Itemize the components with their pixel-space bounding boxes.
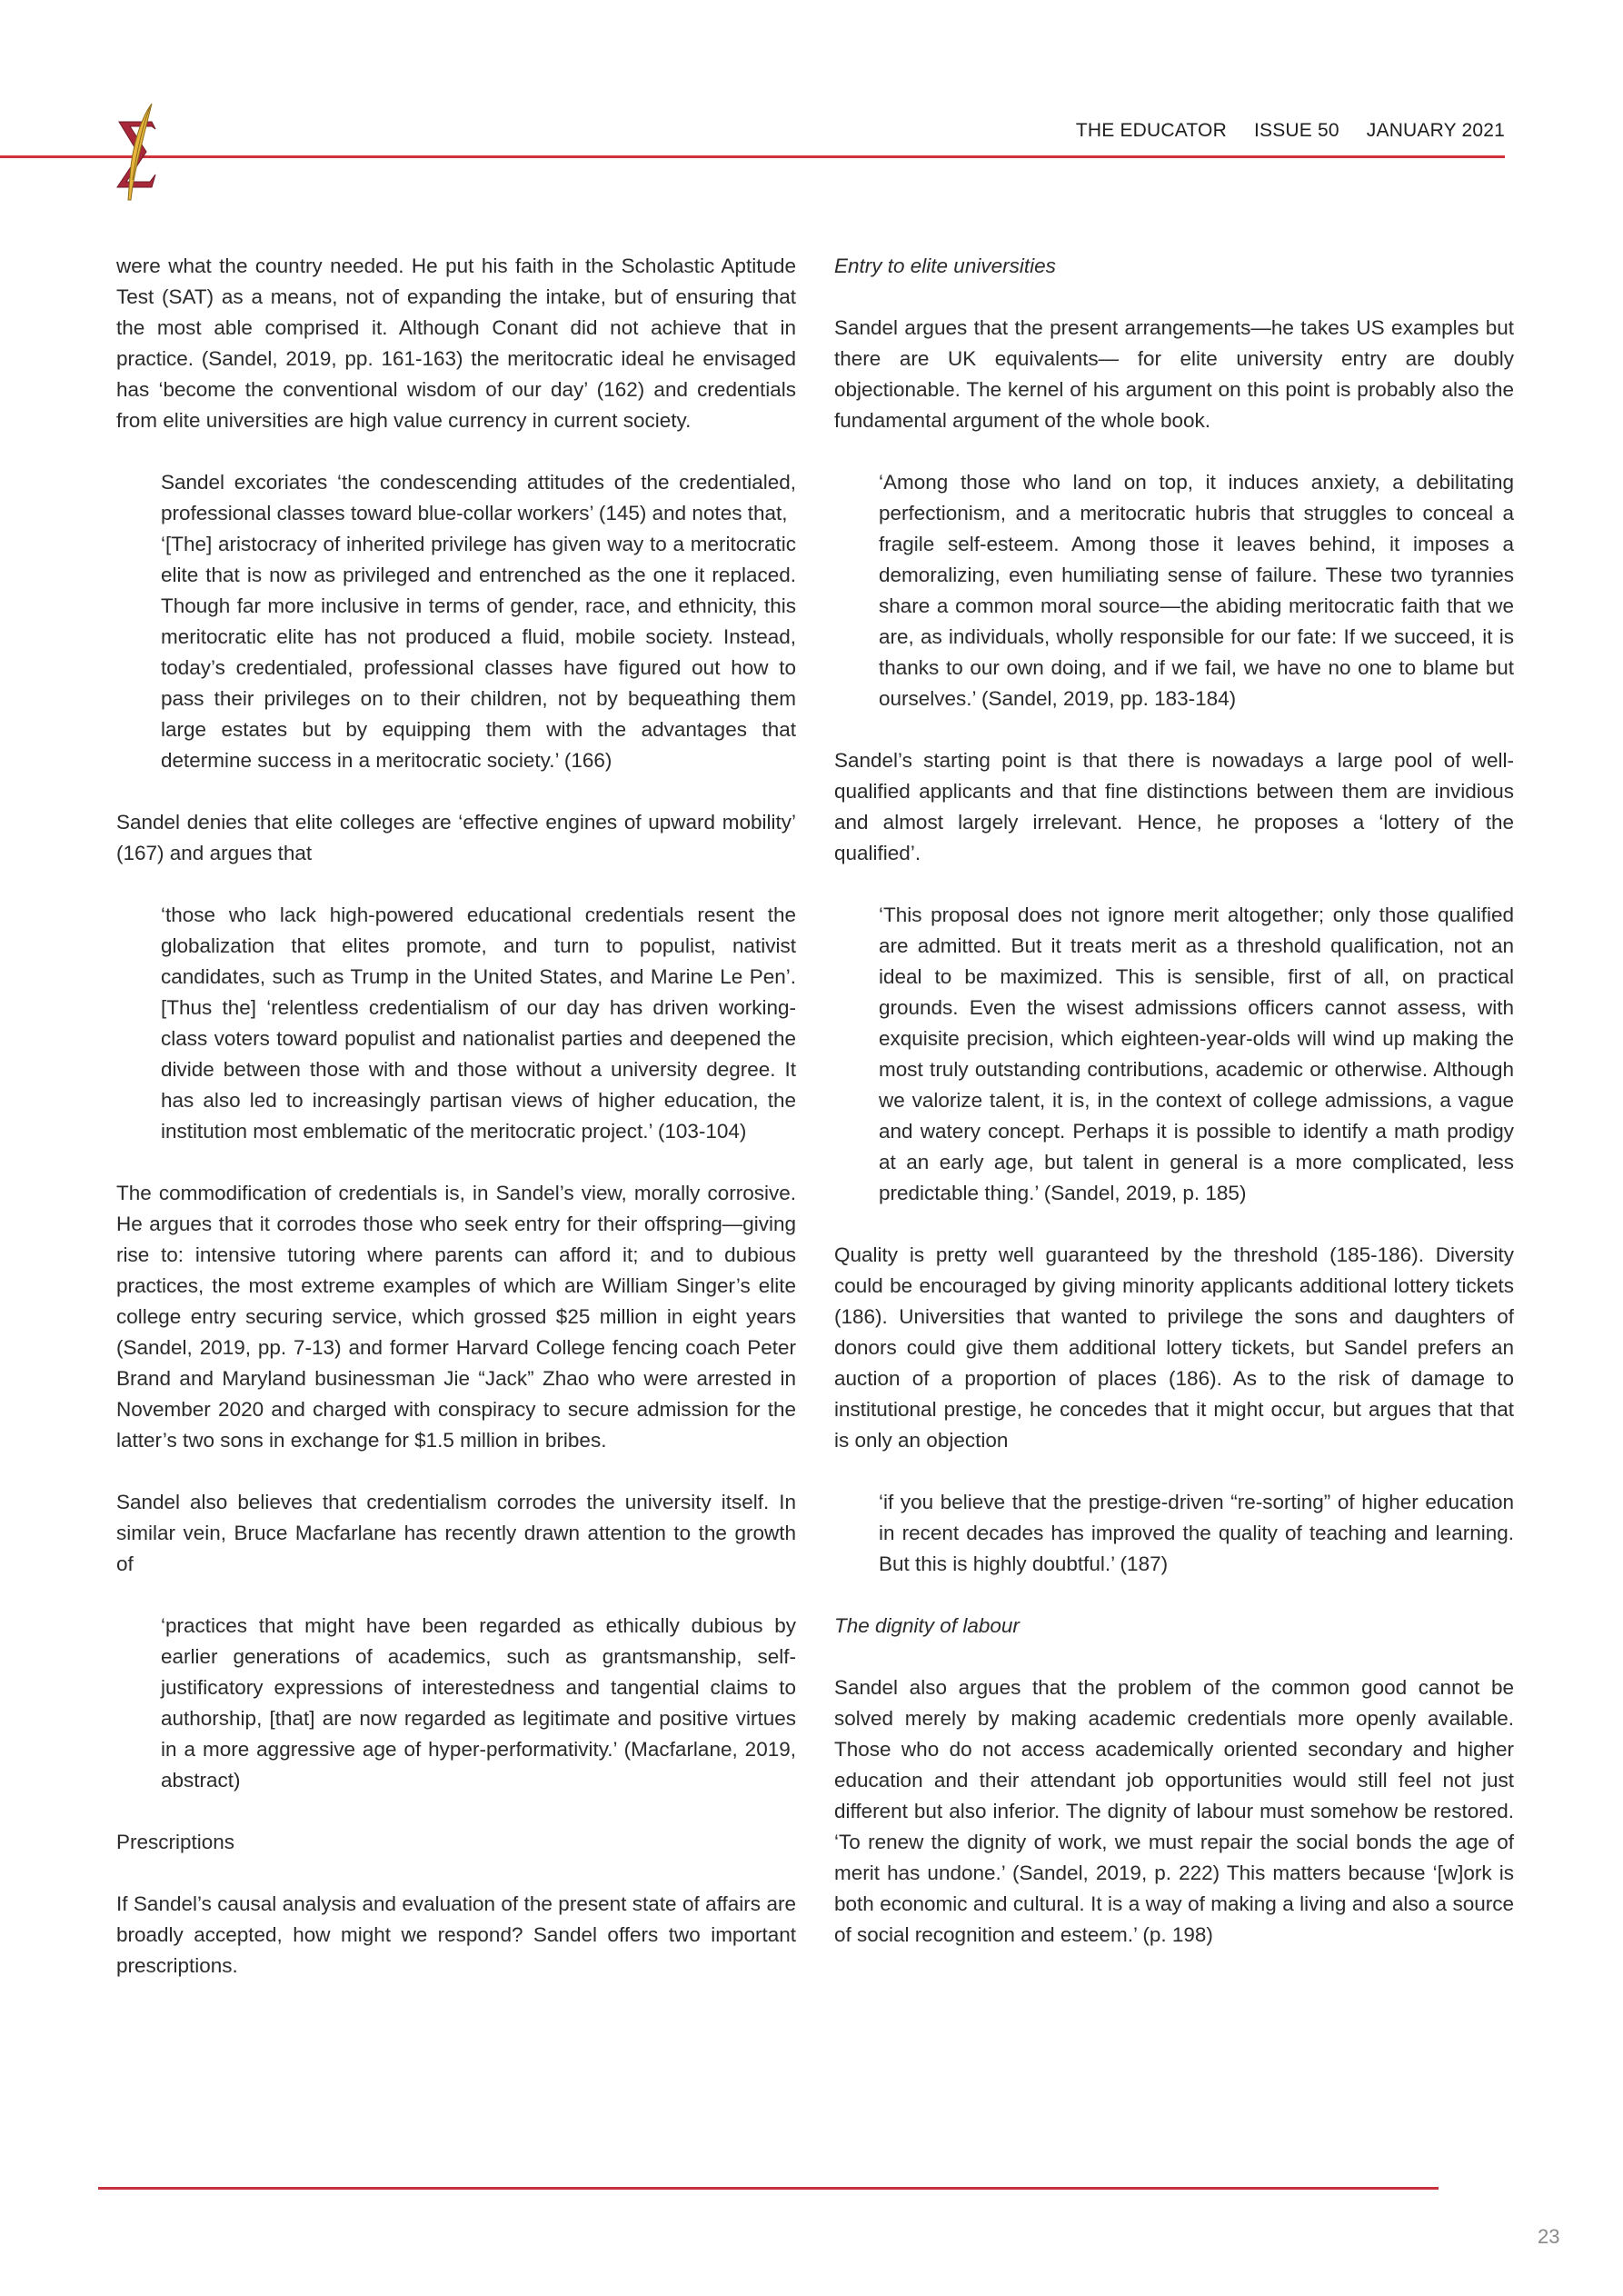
block-quote: ‘Among those who land on top, it induces… bbox=[879, 467, 1514, 714]
body-paragraph: Sandel denies that elite colleges are ‘e… bbox=[116, 807, 796, 869]
section-heading-entry: Entry to elite universities bbox=[834, 251, 1514, 282]
section-heading-prescriptions: Prescriptions bbox=[116, 1827, 796, 1858]
masthead: THE EDUCATORISSUE 50JANUARY 2021 bbox=[1076, 120, 1505, 142]
body-paragraph: Sandel also believes that credentialism … bbox=[116, 1487, 796, 1580]
header-rule bbox=[0, 155, 1505, 158]
section-heading-dignity: The dignity of labour bbox=[834, 1611, 1514, 1642]
body-paragraph: If Sandel’s causal analysis and evaluati… bbox=[116, 1889, 796, 1982]
issue-number: ISSUE 50 bbox=[1254, 120, 1339, 141]
right-column: Entry to elite universities Sandel argue… bbox=[834, 251, 1514, 1982]
body-paragraph: Quality is pretty well guaranteed by the… bbox=[834, 1240, 1514, 1456]
body-paragraph: Sandel also argues that the problem of t… bbox=[834, 1672, 1514, 1951]
block-quote: ‘practices that might have been regarded… bbox=[161, 1611, 796, 1796]
block-quote: ‘[The] aristocracy of inherited privileg… bbox=[161, 529, 796, 776]
body-paragraph: Sandel’s starting point is that there is… bbox=[834, 745, 1514, 869]
body-paragraph: Sandel argues that the present arrangeme… bbox=[834, 313, 1514, 436]
block-quote: ‘This proposal does not ignore merit alt… bbox=[879, 900, 1514, 1209]
publication-title: THE EDUCATOR bbox=[1076, 120, 1227, 141]
body-paragraph: The commodification of credentials is, i… bbox=[116, 1178, 796, 1456]
indented-paragraph: Sandel excoriates ‘the condescending att… bbox=[161, 467, 796, 529]
footer-rule bbox=[98, 2187, 1439, 2190]
issue-date: JANUARY 2021 bbox=[1367, 120, 1505, 141]
body-paragraph: were what the country needed. He put his… bbox=[116, 251, 796, 436]
page-number: 23 bbox=[1538, 2225, 1559, 2249]
left-column: were what the country needed. He put his… bbox=[116, 251, 796, 2012]
quill-sigma-logo-icon bbox=[114, 102, 168, 202]
block-quote: ‘those who lack high-powered educational… bbox=[161, 900, 796, 1147]
block-quote: ‘if you believe that the prestige-driven… bbox=[879, 1487, 1514, 1580]
